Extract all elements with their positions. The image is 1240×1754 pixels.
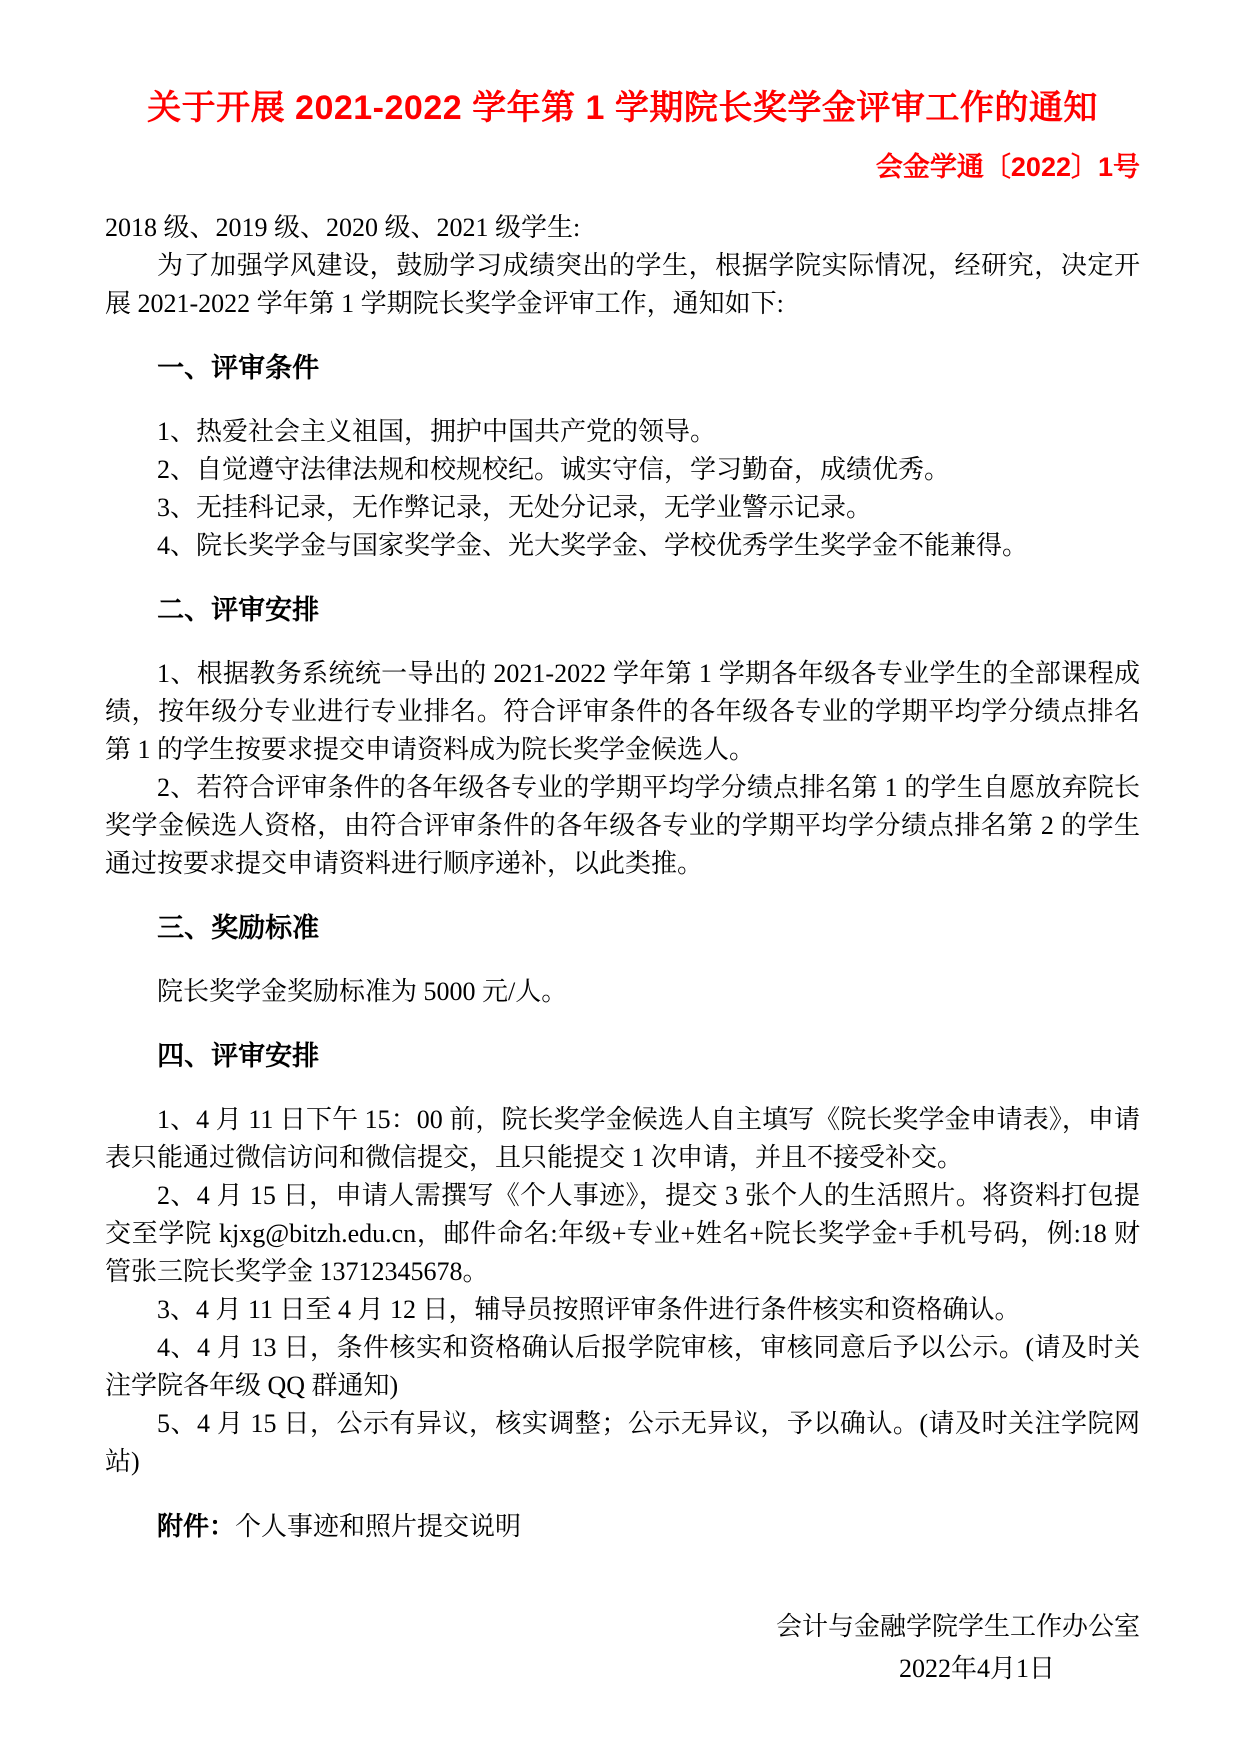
salutation-line: 2018 级、2019 级、2020 级、2021 级学生: [105, 209, 1140, 247]
attachment-line: 附件：个人事迹和照片提交说明 [105, 1507, 1140, 1546]
section-heading: 四、评审安排 [105, 1037, 1140, 1075]
section-heading: 三、奖励标准 [105, 909, 1140, 947]
schedule-item: 4、4 月 13 日，条件核实和资格确认后报学院审核，审核同意后予以公示。(请及… [105, 1329, 1140, 1405]
schedule-item: 2、4 月 15 日，申请人需撰写《个人事迹》，提交 3 张个人的生活照片。将资… [105, 1177, 1140, 1291]
section-review-arrangement-2: 四、评审安排 1、4 月 11 日下午 15：00 前，院长奖学金候选人自主填写… [105, 1037, 1140, 1481]
section-heading: 一、评审条件 [105, 349, 1140, 387]
schedule-item: 3、4 月 11 日至 4 月 12 日，辅导员按照评审条件进行条件核实和资格确… [105, 1291, 1140, 1329]
schedule-item: 1、4 月 11 日下午 15：00 前，院长奖学金候选人自主填写《院长奖学金申… [105, 1101, 1140, 1177]
condition-item: 1、热爱社会主义祖国，拥护中国共产党的领导。 [105, 413, 1140, 451]
body-paragraph: 院长奖学金奖励标准为 5000 元/人。 [105, 973, 1140, 1011]
attachment-text: 个人事迹和照片提交说明 [235, 1512, 521, 1541]
section-review-arrangement-1: 二、评审安排 1、根据教务系统统一导出的 2021-2022 学年第 1 学期各… [105, 591, 1140, 883]
section-award-standard: 三、奖励标准 院长奖学金奖励标准为 5000 元/人。 [105, 909, 1140, 1011]
condition-item: 2、自觉遵守法律法规和校规校纪。诚实守信，学习勤奋，成绩优秀。 [105, 451, 1140, 489]
intro-paragraph: 为了加强学风建设，鼓励学习成绩突出的学生，根据学院实际情况，经研究，决定开展 2… [105, 247, 1140, 323]
signature-office: 会计与金融学院学生工作办公室 [105, 1608, 1140, 1646]
condition-item: 4、院长奖学金与国家奖学金、光大奖学金、学校优秀学生奖学金不能兼得。 [105, 527, 1140, 565]
signature-date: 2022年4月1日 [105, 1650, 1055, 1688]
condition-item: 3、无挂科记录，无作弊记录，无处分记录，无学业警示记录。 [105, 489, 1140, 527]
notice-document-page: 关于开展 2021-2022 学年第 1 学期院长奖学金评审工作的通知 会金学通… [0, 0, 1240, 1754]
document-title: 关于开展 2021-2022 学年第 1 学期院长奖学金评审工作的通知 [105, 85, 1140, 131]
attachment-label: 附件： [157, 1511, 235, 1541]
body-paragraph: 2、若符合评审条件的各年级各专业的学期平均学分绩点排名第 1 的学生自愿放弃院长… [105, 769, 1140, 883]
document-number: 会金学通〔2022〕1号 [105, 149, 1140, 185]
body-paragraph: 1、根据教务系统统一导出的 2021-2022 学年第 1 学期各年级各专业学生… [105, 655, 1140, 769]
schedule-item: 5、4 月 15 日，公示有异议，核实调整；公示无异议，予以确认。(请及时关注学… [105, 1405, 1140, 1481]
section-heading: 二、评审安排 [105, 591, 1140, 629]
section-review-conditions: 一、评审条件 1、热爱社会主义祖国，拥护中国共产党的领导。 2、自觉遵守法律法规… [105, 349, 1140, 565]
